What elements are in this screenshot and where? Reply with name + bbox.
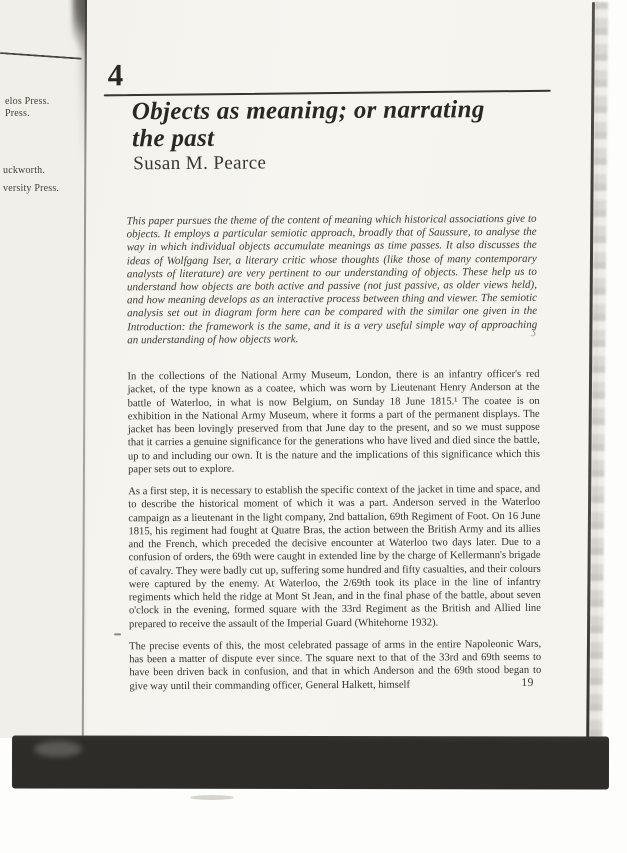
- body-paragraph: As a first step, it is necessary to esta…: [128, 483, 541, 631]
- scan-smudge: [190, 795, 234, 800]
- previous-page-text-fragment: uckworth.: [3, 165, 45, 176]
- body-text: In the collections of the National Army …: [127, 368, 541, 702]
- previous-page-text-fragment: Press.: [5, 108, 30, 119]
- pencil-margin-dash: [114, 633, 121, 635]
- book-page: 4 Objects as meaning; or narratingthe pa…: [87, 0, 598, 738]
- chapter-title-line2: the past: [132, 125, 214, 153]
- scan-bottom-shadow-band: [12, 735, 609, 789]
- previous-page-rule: [0, 52, 82, 60]
- previous-page-text-fragment: versity Press.: [3, 183, 59, 194]
- chapter-number: 4: [108, 57, 124, 93]
- pencil-margin-squiggle: ʒ: [531, 325, 536, 337]
- chapter-title: Objects as meaning; or narratingthe past: [132, 96, 572, 153]
- scan-band-highlight: [34, 741, 82, 757]
- page-content: 4 Objects as meaning; or narratingthe pa…: [85, 0, 600, 740]
- chapter-abstract: This paper pursues the theme of the cont…: [127, 213, 538, 348]
- previous-page-edge: elos Press. Press. uckworth. versity Pre…: [0, 0, 88, 738]
- previous-page-text-fragment: elos Press.: [5, 96, 49, 107]
- author-name: Susan M. Pearce: [133, 152, 266, 175]
- page-number: 19: [521, 677, 534, 689]
- body-paragraph: In the collections of the National Army …: [127, 368, 540, 477]
- body-paragraph: The precise events of this, the most cel…: [129, 638, 541, 694]
- chapter-title-line1: Objects as meaning; or narrating: [132, 96, 485, 125]
